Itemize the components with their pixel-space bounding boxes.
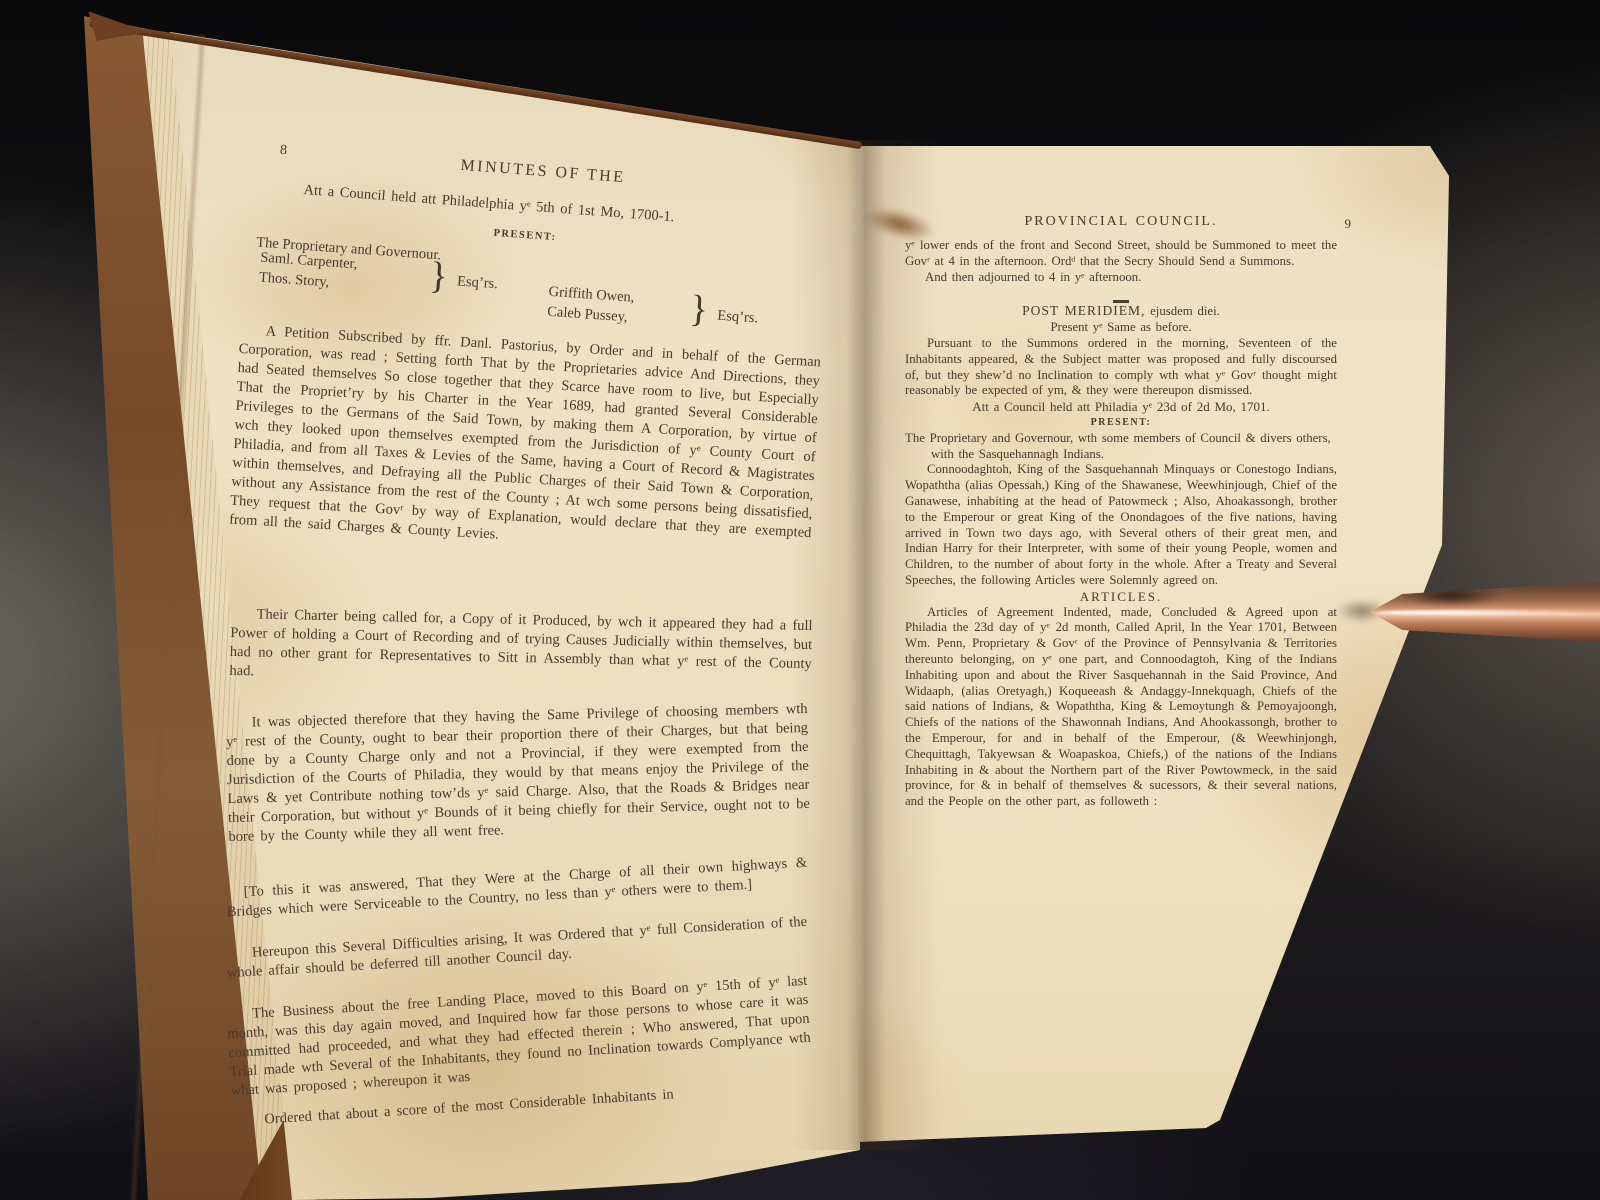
right-paragraph: Articles of Agreement Indented, made, Co…: [905, 605, 1337, 810]
attendee-column-2: Griffith Owen, Caleb Pussey,: [547, 282, 636, 328]
right-paragraph: Pursuant to the Summons ordered in the m…: [905, 336, 1337, 399]
right-page-header: PROVINCIAL COUNCIL. 9: [905, 214, 1337, 238]
brace-glyph: }: [428, 256, 449, 295]
right-present-body: The Proprietary and Governour, wth some …: [905, 431, 1337, 463]
right-page-text-column: PROVINCIAL COUNCIL. 9 yᵉ lower ends of t…: [905, 214, 1337, 810]
antique-book-photo: 8 MINUTES OF THE Att a Council held att …: [0, 0, 1600, 1200]
left-paragraph: A Petition Subscribed by ffr. Danl. Past…: [229, 320, 822, 561]
post-meridiem-sub: ejusdem diei.: [1145, 304, 1219, 318]
right-paragraph: yᵉ lower ends of the front and Second St…: [905, 238, 1337, 270]
left-paragraph: Their Charter being called for, a Copy o…: [229, 604, 812, 692]
articles-heading: ARTICLES.: [905, 589, 1337, 605]
esquires-label: Esq’rs.: [457, 273, 499, 293]
attendee-column-1: Saml. Carpenter, Thos. Story,: [258, 248, 358, 295]
right-session-heading: Att a Council held att Philadia yᵉ 23d o…: [905, 399, 1337, 415]
pointer-cast-shadow: [1395, 637, 1535, 651]
left-page-number: 8: [279, 143, 287, 159]
brace-glyph: }: [689, 290, 710, 329]
left-paragraph: It was objected therefore that they havi…: [225, 699, 810, 846]
adjourn-line: And then adjourned to 4 in yᵉ afternoon.: [905, 270, 1337, 286]
present-same-line: Present yᵉ Same as before.: [905, 320, 1337, 336]
right-running-head: PROVINCIAL COUNCIL.: [1025, 214, 1218, 229]
post-meridiem-heading: POST MERIDIEM, ejusdem diei.: [905, 303, 1337, 320]
right-page-number: 9: [1345, 216, 1352, 232]
right-present-label: PRESENT:: [905, 415, 1337, 431]
esquires-label: Esq’rs.: [717, 308, 759, 328]
right-paragraph: Connoodaghtoh, King of the Sasquehannah …: [905, 462, 1337, 588]
post-meridiem-caps: POST MERIDIEM,: [1022, 303, 1145, 318]
